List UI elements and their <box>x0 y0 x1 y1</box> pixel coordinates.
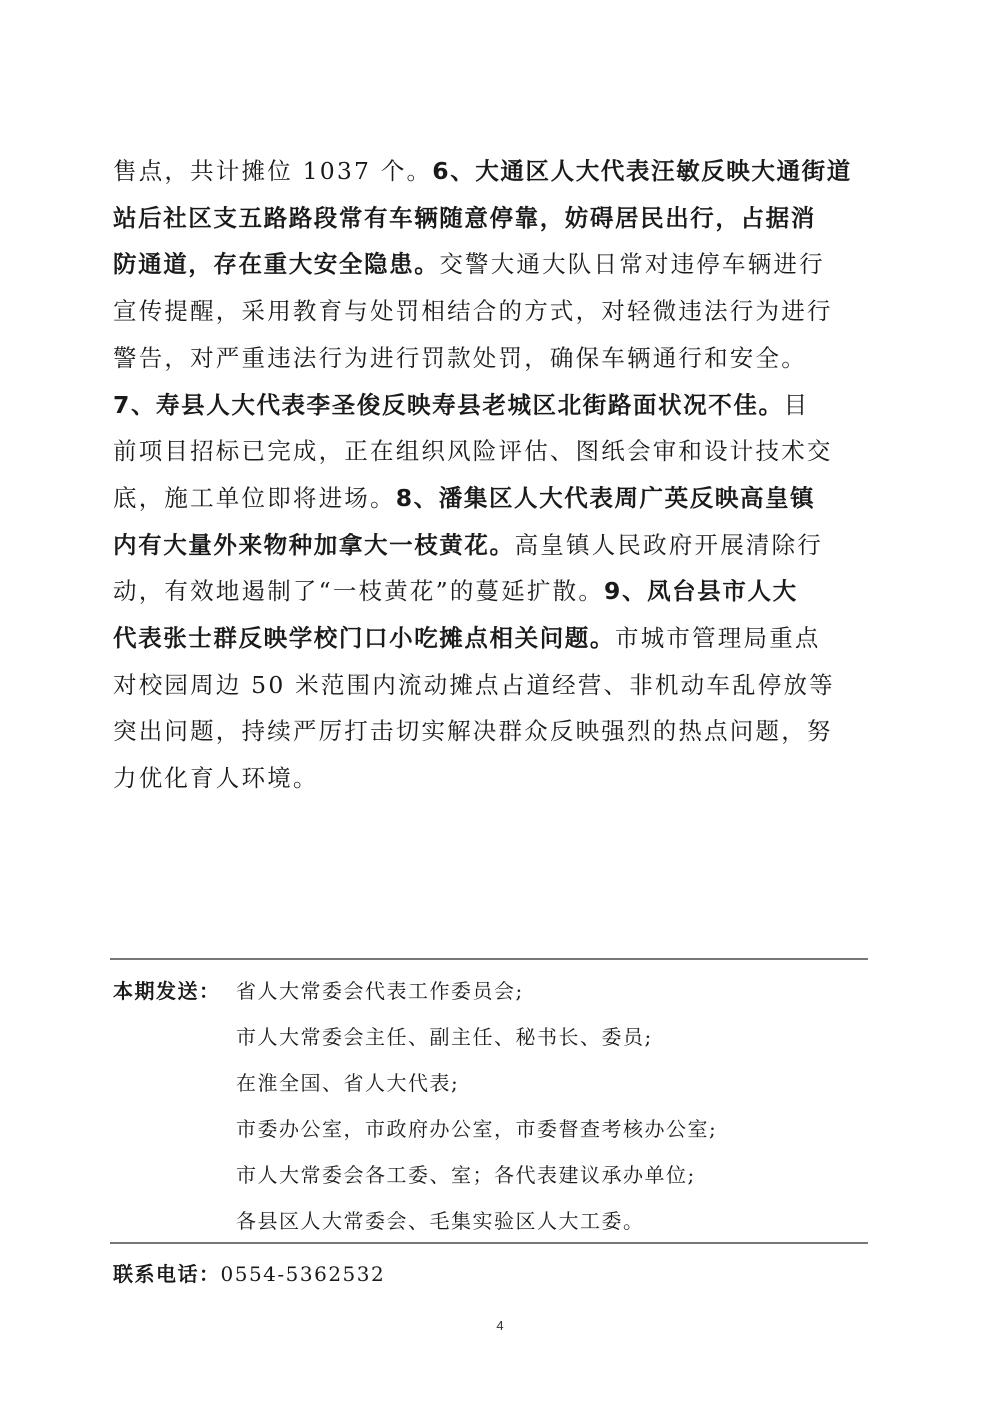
recipient-1: 省人大常委会代表工作委员会; <box>236 969 524 1013</box>
bold-heading-text: 9、凤台县市人大 <box>604 577 798 605</box>
body-text-segment: 对校园周边 50 米范围内流动摊点占道经营、非机动车乱停放等 <box>113 671 835 699</box>
bold-heading-text: 代表张士群反映学校门口小吃摊点相关问题。 <box>113 624 615 652</box>
body-text-segment: 交警大通大队日常对违停车辆进行 <box>439 250 825 278</box>
bold-heading-text: 站后社区支五路路段常有车辆随意停靠，妨碍居民出行，占据消 <box>113 204 816 232</box>
contact-label: 联系电话： <box>113 1262 221 1286</box>
body-line: 突出问题，持续严厉打击切实解决群众反映强烈的热点问题，努 <box>113 708 873 754</box>
bold-heading-text: 内有大量外来物种加拿大一枝黄花。 <box>113 531 515 559</box>
distribution-label: 本期发送： <box>113 979 221 1003</box>
body-line: 站后社区支五路路段常有车辆随意停靠，妨碍居民出行，占据消 <box>113 195 873 241</box>
body-line: 防通道，存在重大安全隐患。交警大通大队日常对违停车辆进行 <box>113 241 873 287</box>
bold-heading-text: 8、潘集区人大代表周广英反映高皇镇 <box>396 484 816 512</box>
contact-row: 联系电话：0554-5362532 <box>113 1252 385 1296</box>
body-text-segment: 高皇镇人民政府开展清除行 <box>515 531 823 559</box>
bold-heading-text: 防通道，存在重大安全隐患。 <box>113 250 439 278</box>
recipient-3: 在淮全国、省人大代表; <box>236 1061 459 1105</box>
body-line: 宣传提醒，采用教育与处罚相结合的方式，对轻微违法行为进行 <box>113 288 873 334</box>
body-text-segment: 目 <box>784 391 810 419</box>
body-line: 对校园周边 50 米范围内流动摊点占道经营、非机动车乱停放等 <box>113 662 873 708</box>
body-text-segment: 警告，对严重违法行为进行罚款处罚，确保车辆通行和安全。 <box>113 344 807 372</box>
recipient-6: 各县区人大常委会、毛集实验区人大工委。 <box>236 1199 645 1243</box>
body-line: 7、寿县人大代表李圣俊反映寿县老城区北街路面状况不佳。目 <box>113 382 873 428</box>
body-line: 底，施工单位即将进场。8、潘集区人大代表周广英反映高皇镇 <box>113 475 873 521</box>
body-text-segment: 突出问题，持续严厉打击切实解决群众反映强烈的热点问题，努 <box>113 717 833 745</box>
body-text-segment: 售点，共计摊位 1037 个。 <box>113 157 432 185</box>
bold-heading-text: 7、寿县人大代表李圣俊反映寿县老城区北街路面状况不佳。 <box>113 391 784 419</box>
recipient-2: 市人大常委会主任、副主任、秘书长、委员; <box>236 1015 653 1059</box>
contact-phone: 0554-5362532 <box>221 1262 386 1286</box>
body-text-segment: 力优化育人环境。 <box>113 764 319 792</box>
body-text-segment: 前项目招标已完成，正在组织风险评估、图纸会审和设计技术交 <box>113 437 833 465</box>
body-line: 前项目招标已完成，正在组织风险评估、图纸会审和设计技术交 <box>113 428 873 474</box>
body-line: 动，有效地遏制了“一枝黄花”的蔓延扩散。9、凤台县市人大 <box>113 568 873 614</box>
recipient-5: 市人大常委会各工委、室；各代表建议承办单位; <box>236 1153 696 1197</box>
page-number: 4 <box>0 1318 1000 1333</box>
distribution-label-row: 本期发送： <box>113 969 221 1013</box>
body-line: 售点，共计摊位 1037 个。6、大通区人大代表汪敏反映大通街道 <box>113 148 873 194</box>
bold-heading-text: 6、大通区人大代表汪敏反映大通街道 <box>432 157 852 185</box>
body-text-segment: 动，有效地遏制了“一枝黄花”的蔓延扩散。 <box>113 577 604 605</box>
body-text-segment: 市城市管理局重点 <box>615 624 821 652</box>
body-line: 力优化育人环境。 <box>113 755 873 801</box>
body-line: 内有大量外来物种加拿大一枝黄花。高皇镇人民政府开展清除行 <box>113 522 873 568</box>
body-line: 代表张士群反映学校门口小吃摊点相关问题。市城市管理局重点 <box>113 615 873 661</box>
top-rule <box>110 958 868 960</box>
body-line: 警告，对严重违法行为进行罚款处罚，确保车辆通行和安全。 <box>113 335 873 381</box>
body-text-segment: 宣传提醒，采用教育与处罚相结合的方式，对轻微违法行为进行 <box>113 297 833 325</box>
recipient-4: 市委办公室，市政府办公室，市委督查考核办公室; <box>236 1107 717 1151</box>
bottom-rule <box>110 1242 868 1244</box>
body-text-segment: 底，施工单位即将进场。 <box>113 484 396 512</box>
